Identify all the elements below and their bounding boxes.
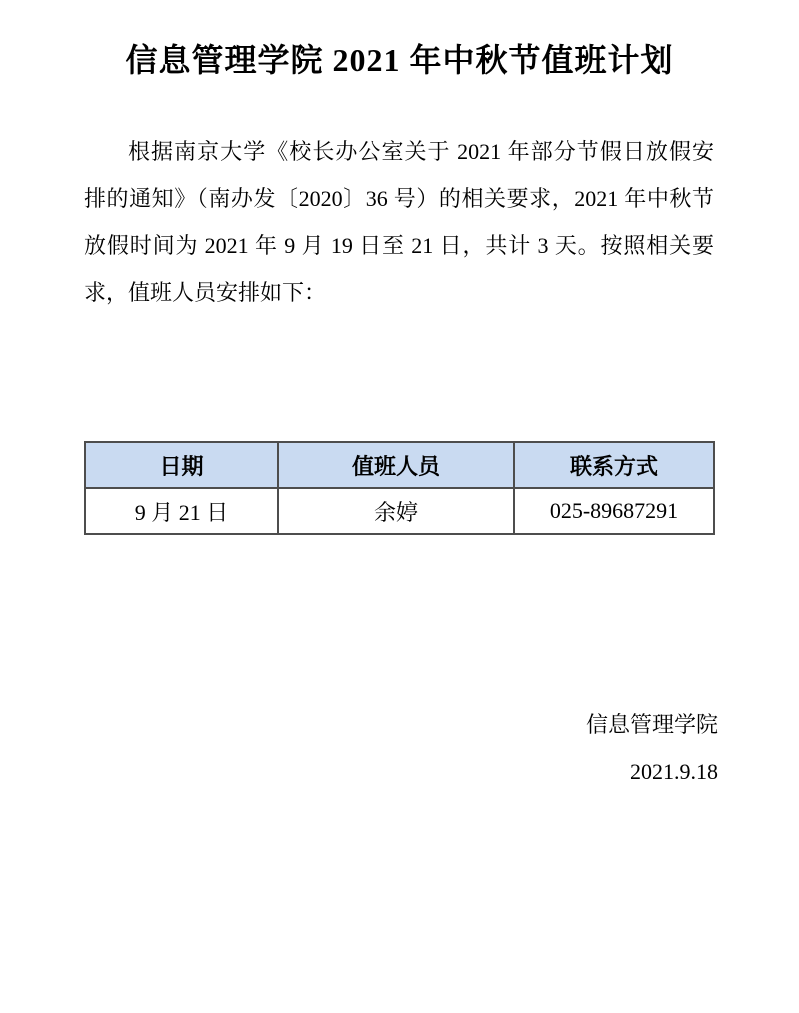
- body-paragraph: 根据南京大学《校长办公室关于 2021 年部分节假日放假安 排的通知》（南办发〔…: [84, 128, 714, 316]
- document-page: 信息管理学院 2021 年中秋节值班计划 根据南京大学《校长办公室关于 2021…: [0, 0, 799, 1013]
- paragraph-line: 根据南京大学《校长办公室关于 2021 年部分节假日放假安: [84, 128, 714, 175]
- duty-schedule-table: 日期 值班人员 联系方式 9 月 21 日 余婷 025-89687291: [84, 441, 715, 535]
- signature-block: 信息管理学院 2021.9.18: [586, 701, 718, 795]
- table-header-row: 日期 值班人员 联系方式: [85, 442, 714, 488]
- table-row: 9 月 21 日 余婷 025-89687291: [85, 488, 714, 534]
- paragraph-line: 求，值班人员安排如下：: [84, 269, 714, 316]
- table-header-contact: 联系方式: [514, 442, 714, 488]
- paragraph-line: 排的通知》（南办发〔2020〕36 号）的相关要求，2021 年中秋节: [84, 175, 714, 222]
- signature-org: 信息管理学院: [586, 701, 718, 748]
- table-cell-contact: 025-89687291: [514, 488, 714, 534]
- table-header-person: 值班人员: [278, 442, 514, 488]
- table-header-date: 日期: [85, 442, 278, 488]
- signature-date: 2021.9.18: [586, 748, 718, 795]
- table-cell-person: 余婷: [278, 488, 514, 534]
- paragraph-line: 放假时间为 2021 年 9 月 19 日至 21 日，共计 3 天。按照相关要: [84, 222, 714, 269]
- document-title: 信息管理学院 2021 年中秋节值班计划: [0, 36, 799, 84]
- table-cell-date: 9 月 21 日: [85, 488, 278, 534]
